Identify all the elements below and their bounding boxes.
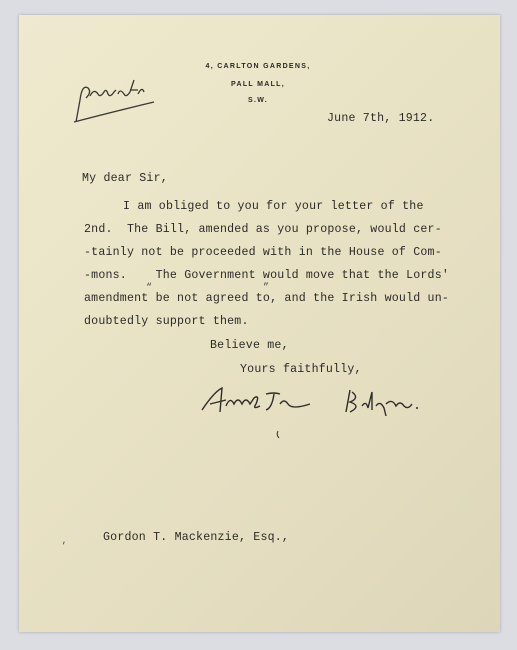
body-line-2: 2nd. The Bill, amended as you propose, w…: [84, 223, 442, 236]
salutation: My dear Sir,: [82, 172, 168, 185]
letter-date: June 7th, 1912.: [327, 112, 434, 125]
body-line-3: -tainly not be proceeded with in the Hou…: [84, 246, 442, 259]
addressee-marker: ,: [62, 537, 67, 546]
letterhead-address: 4, CARLTON GARDENS,: [158, 63, 358, 70]
signature-handwriting: A.J. Balfour: [200, 382, 450, 422]
body-line-5: amendment be not agreed to, and the Iris…: [84, 292, 449, 305]
letterhead-street: PALL MALL,: [158, 81, 358, 88]
closing-believe-me: Believe me,: [210, 339, 289, 352]
letterhead-district: S.W.: [158, 97, 358, 104]
addressee: Gordon T. Mackenzie, Esq.,: [103, 531, 289, 544]
closing-yours-faithfully: Yours faithfully,: [240, 363, 362, 376]
private-annotation-handwriting: [72, 70, 167, 125]
body-line-4: -mons. The Government would move that th…: [84, 269, 449, 282]
body-line-6: doubtedly support them.: [84, 315, 249, 328]
ink-mark: [275, 431, 281, 439]
body-line-1: I am obliged to you for your letter of t…: [123, 200, 424, 213]
